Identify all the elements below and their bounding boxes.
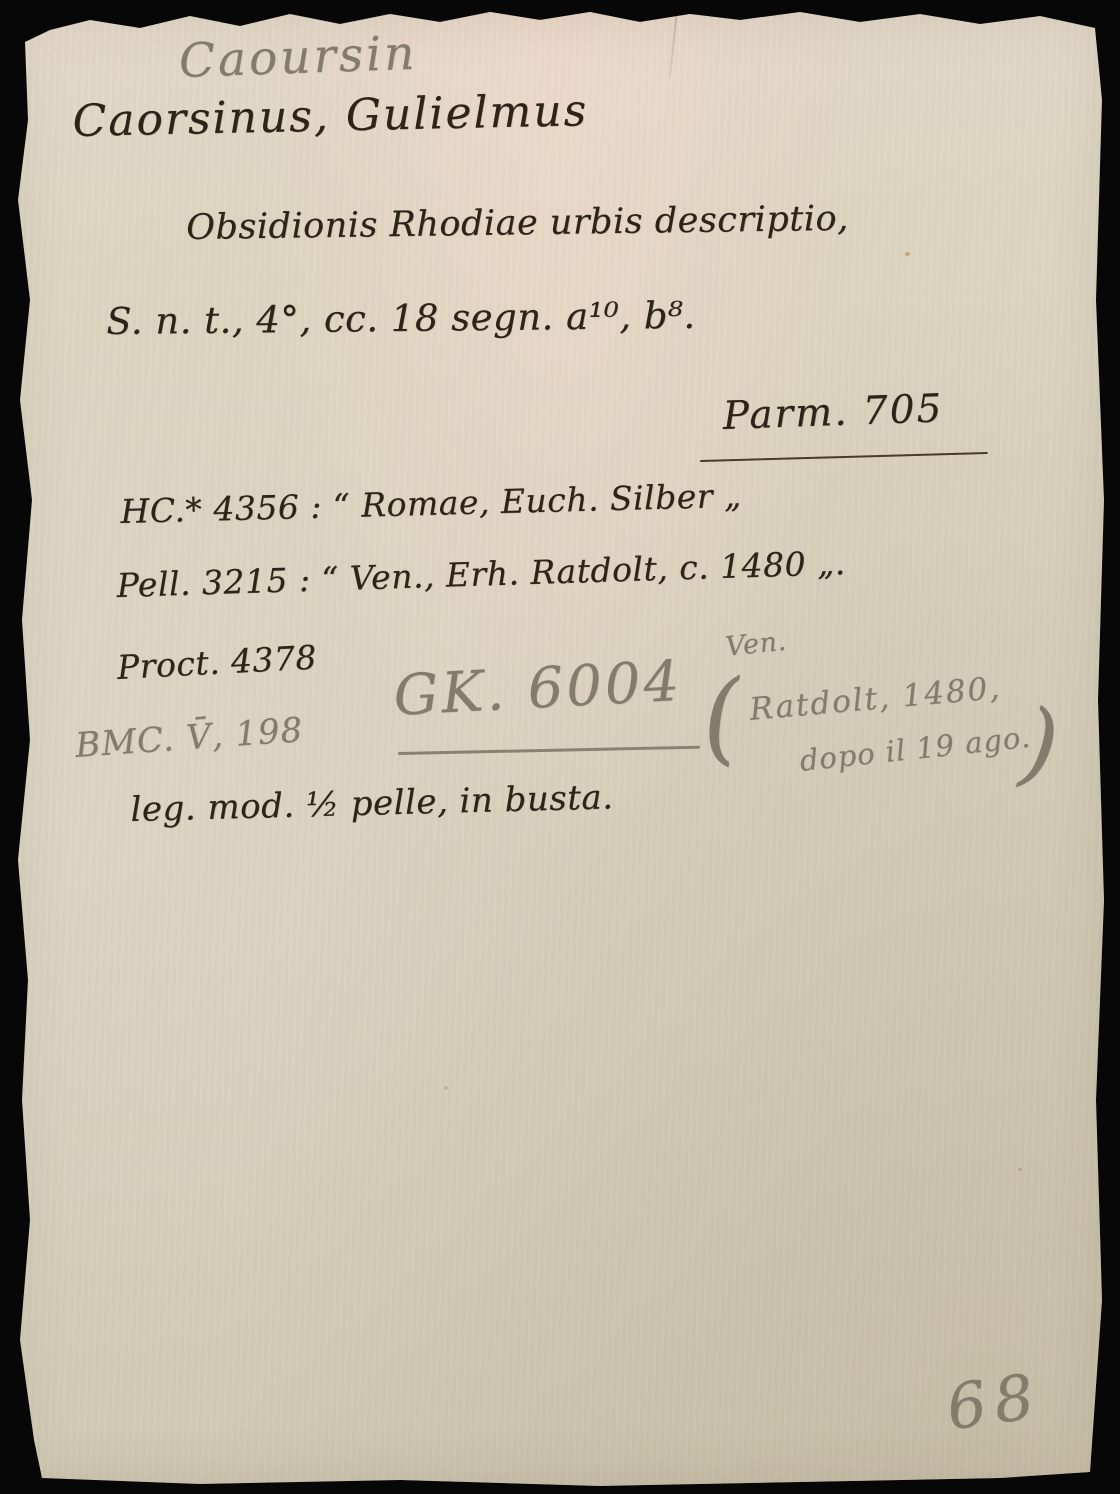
reference-gk: GK. 6004 xyxy=(392,649,684,729)
gk-underline xyxy=(398,746,700,756)
shelfmark-underline xyxy=(700,452,988,462)
pencil-note-open-paren: ( xyxy=(699,667,745,769)
author-heading: Caorsinus, Gulielmus xyxy=(72,85,589,147)
shelfmark: Parm. 705 xyxy=(722,386,944,439)
collation-line: S. n. t., 4°, cc. 18 segn. a¹⁰, b⁸. xyxy=(106,294,696,343)
reference-bmc: BMC. V̄, 198 xyxy=(74,710,305,766)
reference-proctor: Proct. 4378 xyxy=(116,638,318,687)
paper-tear-mark xyxy=(669,16,677,78)
paper-speck xyxy=(1018,1168,1022,1171)
paper-speck xyxy=(905,252,910,256)
title-line: Obsidionis Rhodiae urbis descriptio, xyxy=(186,199,849,248)
reference-pell: Pell. 3215 : “ Ven., Erh. Ratdolt, c. 14… xyxy=(116,543,846,605)
header-pencil-name: Caoursin xyxy=(178,26,418,89)
pencil-note-line1: Ratdolt, 1480, xyxy=(748,670,1003,728)
page-number: 68 xyxy=(942,1359,1046,1444)
reference-hc: HC.* 4356 : “ Romae, Euch. Silber „ xyxy=(120,476,742,531)
paper-sheet: Caoursin Caorsinus, Gulielmus Obsidionis… xyxy=(0,0,1120,1494)
pencil-note-close-paren: ) xyxy=(1017,696,1062,791)
paper-speck xyxy=(444,1086,448,1090)
scanned-catalog-card: Caoursin Caorsinus, Gulielmus Obsidionis… xyxy=(0,0,1120,1494)
binding-note: leg. mod. ½ pelle, in busta. xyxy=(130,777,614,830)
pencil-note-line2: dopo il 19 ago. xyxy=(798,720,1032,778)
